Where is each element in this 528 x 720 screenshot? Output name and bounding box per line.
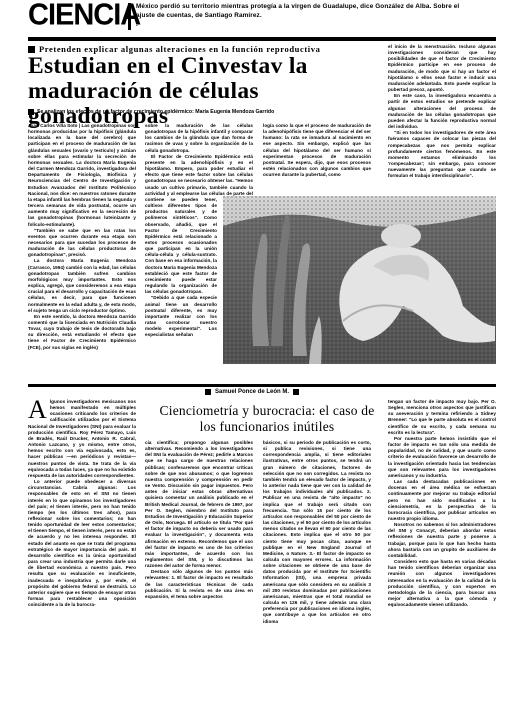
paragraph: Considero esto que hasta en varias décad… [388, 559, 496, 608]
square-bullet-icon [293, 389, 299, 395]
deck-text: Se analizan los efectos de un factor de … [37, 109, 274, 115]
article1-column-3: logía como la que el proceso de maduraci… [263, 123, 371, 185]
paragraph: En este caso, la investigadora encuentra… [388, 93, 496, 130]
article1-deck: Se analizan los efectos de un factor de … [28, 109, 378, 115]
teaser-text: México perdió su territorio mientras pro… [136, 2, 466, 20]
photo-person-in-grass-image [223, 196, 496, 364]
article1-column-2-bottom: El Factor de Crecimiento Epidérmico está… [145, 196, 217, 370]
paragraph: sobre la maduración de las células gonad… [145, 123, 253, 154]
paragraph: Nosotros no sabemos si los administrador… [388, 522, 496, 559]
article1-photo [223, 196, 496, 364]
paragraph: logía como la que el proceso de maduraci… [263, 123, 371, 178]
square-bullet-icon [28, 109, 34, 115]
paragraph: tengan un factor de impacto muy bajo. Pe… [388, 399, 496, 436]
article1-column-4: el inicio de la menstruación. Incluso al… [388, 44, 496, 192]
paragraph: cia científica; propongo algunas posible… [145, 440, 253, 569]
masthead-colon-bar [128, 3, 131, 30]
section-teaser: México perdió su territorio mientras pro… [136, 2, 466, 29]
paragraph: La doctora María Eugenia Mendoza (Carras… [28, 258, 136, 313]
paragraph: Por nuestra parte hemos insistido que el… [388, 436, 496, 479]
article1-headline: Estudian en el Cinvestav la maduración d… [28, 54, 378, 129]
drop-cap: A [28, 400, 47, 420]
paragraph: En este sentido, la doctora Mendoza Garr… [28, 314, 136, 351]
teaser-dot: . [136, 20, 466, 29]
article2-headline: Cienciometría y burocracia: el caso de l… [152, 403, 382, 435]
byline-text: Samuel Ponce de León M. [215, 389, 289, 395]
article2-byline: Samuel Ponce de León M. [205, 389, 299, 395]
paragraph: Destaco sólo algunos de los puntos más r… [145, 569, 253, 600]
paragraph: el inicio de la menstruación. Incluso al… [388, 44, 496, 93]
square-bullet-icon [205, 389, 211, 395]
article2-column-4: tengan un factor de impacto muy bajo. Pe… [388, 399, 496, 625]
paragraph: El Factor de Crecimiento Epidérmico está… [145, 154, 253, 196]
paragraph: básicos, si su periodo de publicación es… [263, 440, 371, 625]
paragraph: Juan Carlos Villa Soto | Las gonadotropi… [28, 123, 136, 228]
paragraph: "También se sabe que en las ratas los ev… [28, 228, 136, 259]
section-masthead: CIENCIA [28, 0, 140, 31]
article1-column-1: Juan Carlos Villa Soto | Las gonadotropi… [28, 123, 136, 370]
square-bullet-icon [28, 46, 35, 53]
article2-column-1: Algunos investigadores mexicanos nos hem… [28, 399, 136, 625]
paragraph: Lo anterior puede obedecer a diversas ci… [28, 479, 136, 608]
mid-rule-divider [28, 384, 496, 387]
article2-column-2: cia científica; propongo algunas posible… [145, 440, 253, 625]
paragraph: El Factor de Crecimiento Epidérmico está… [145, 196, 217, 295]
paragraph: "Debido a que cada especie animal tiene … [145, 295, 217, 338]
paragraph: Las cada destacadas publicaciones en doc… [388, 479, 496, 522]
top-rule-divider [28, 37, 496, 41]
article2-column-3: básicos, si su periodo de publicación es… [263, 440, 371, 625]
article1-column-2-top: sobre la maduración de las células gonad… [145, 123, 253, 196]
paragraph: "Si en todos los investigadores de este … [388, 130, 496, 179]
